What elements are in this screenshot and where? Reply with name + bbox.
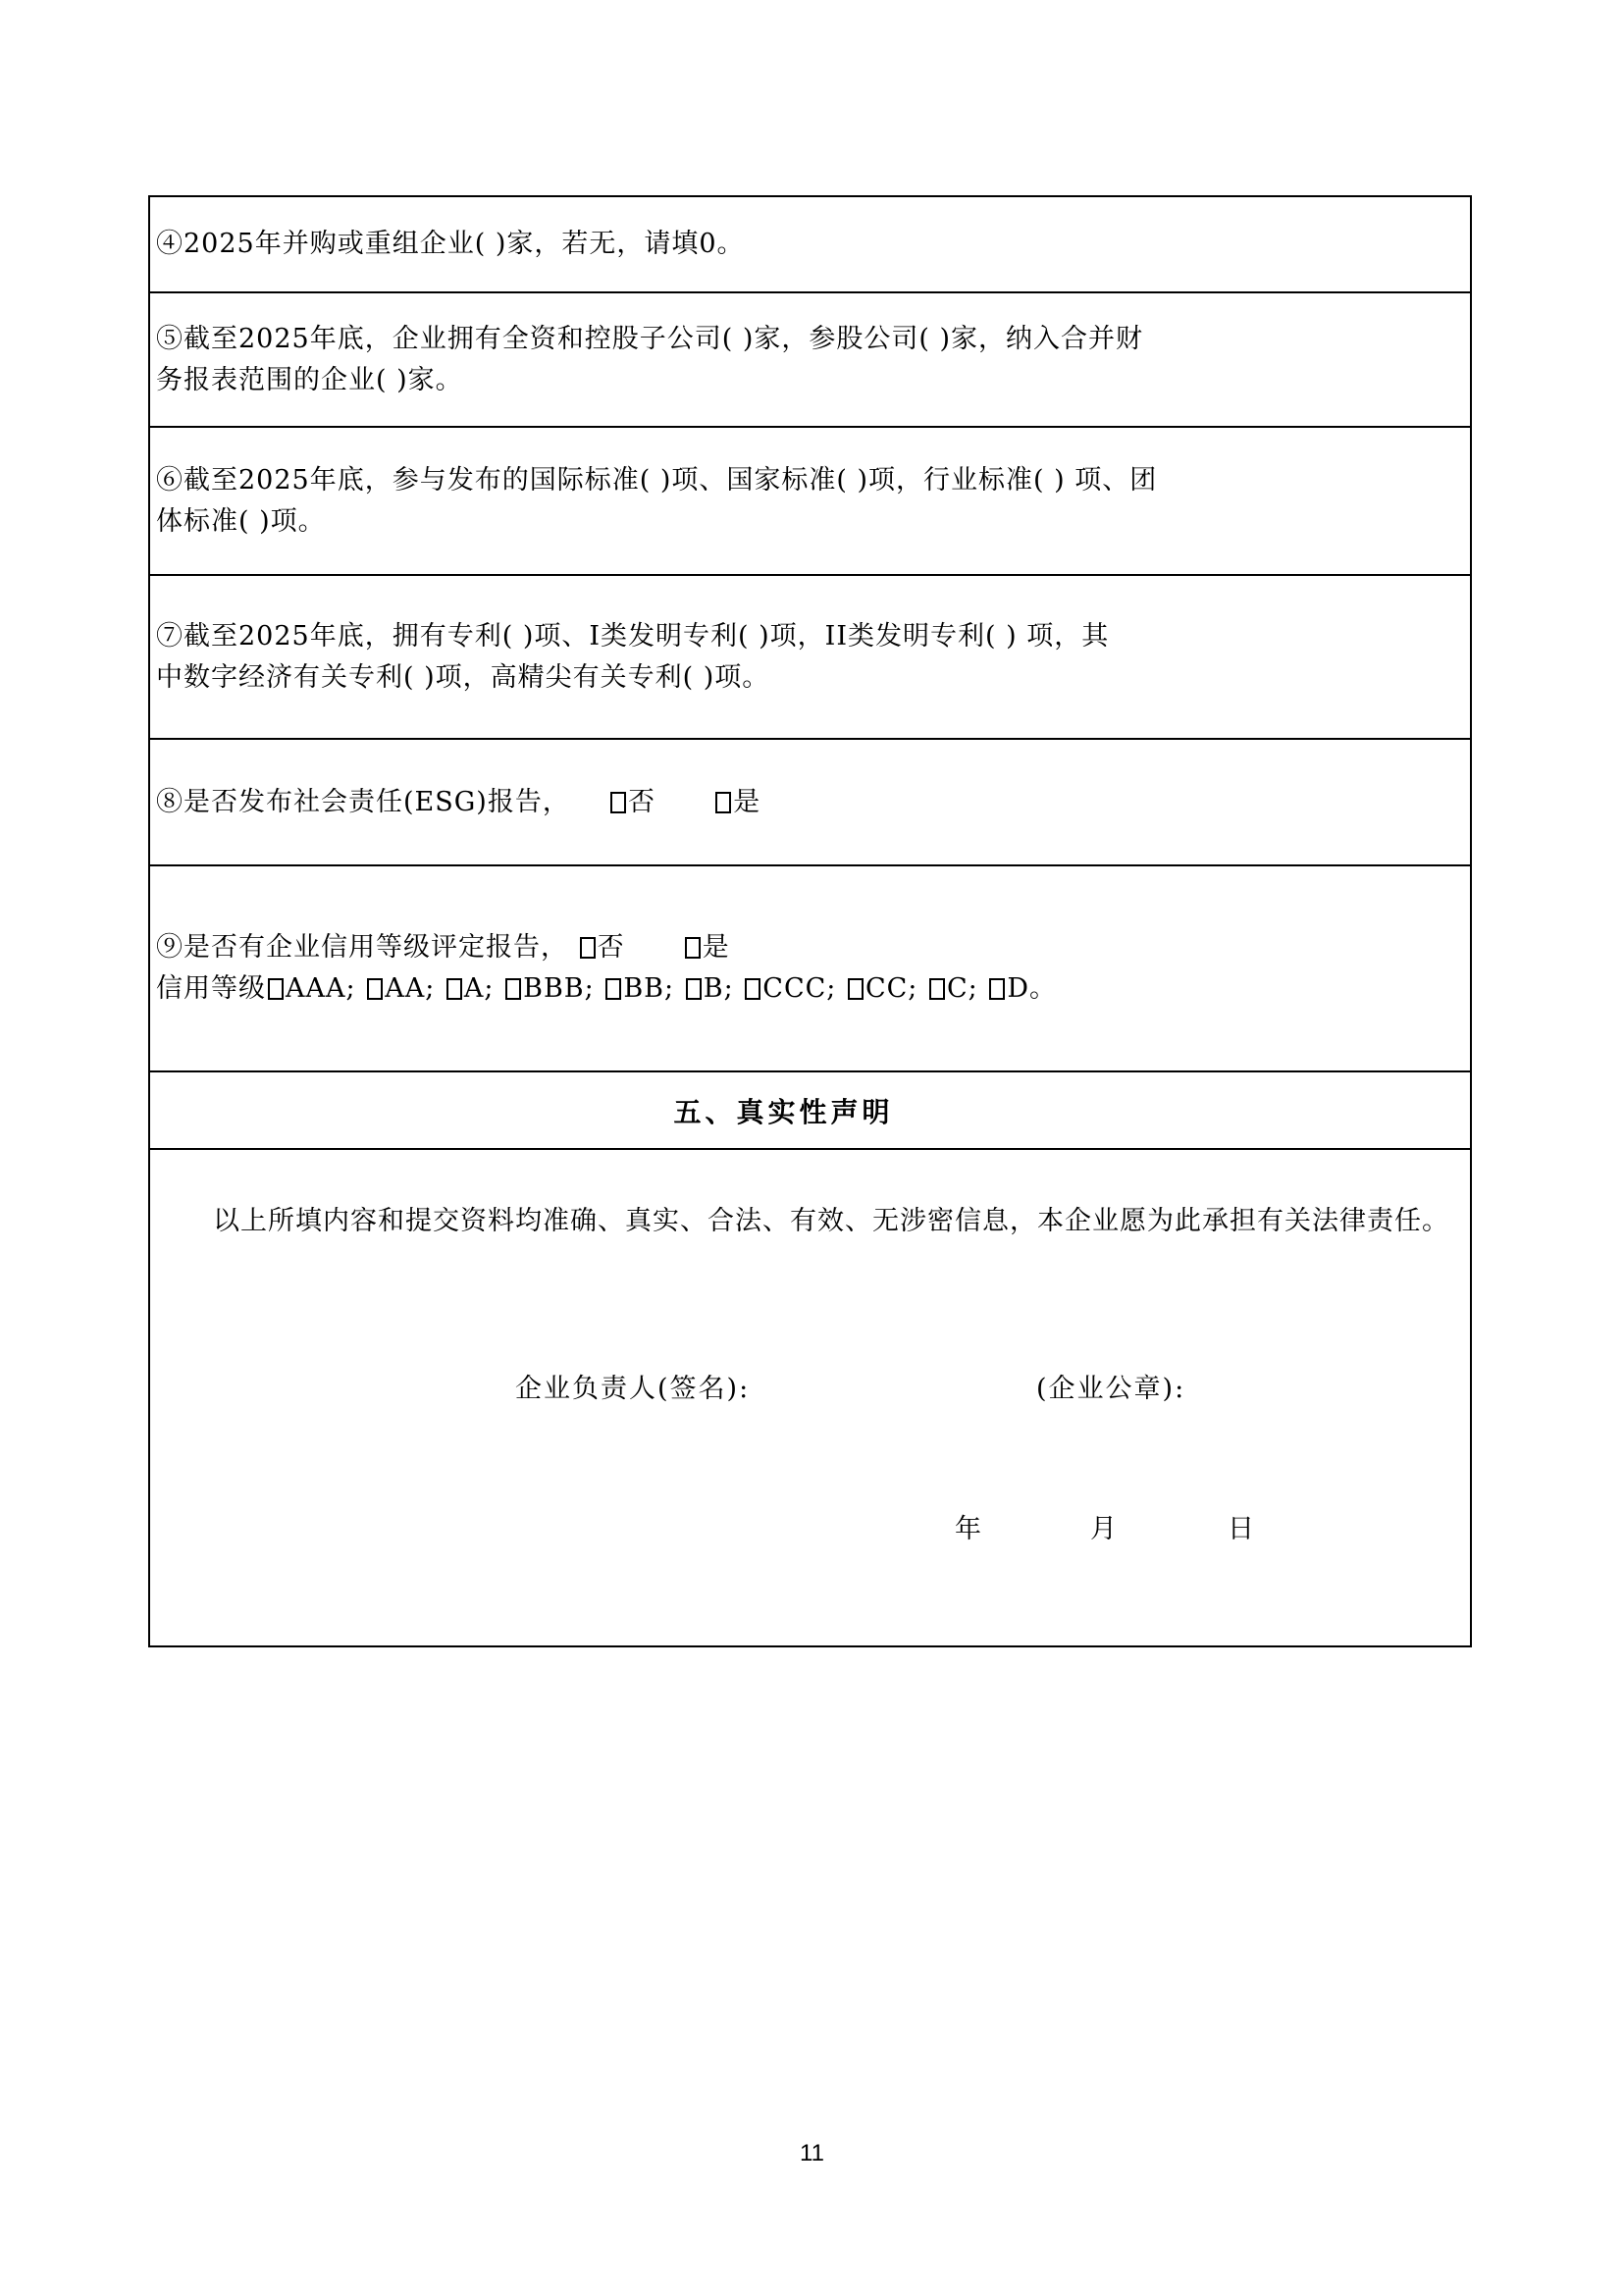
date-day-label: 日 — [1228, 1512, 1256, 1547]
document-page: ④2025年并购或重组企业( )家，若无，请填0。 ⑤截至2025年底，企业拥有… — [0, 0, 1624, 2295]
grade-aa-checkbox[interactable] — [367, 978, 383, 1000]
declaration-text: 以上所填内容和提交资料均准确、真实、合法、有效、无涉密信息，本企业愿为此承担有关… — [156, 1201, 1451, 1242]
grade-c-checkbox[interactable] — [929, 978, 945, 1000]
credit-yes-label: 是 — [703, 932, 730, 963]
declaration-heading-row: 五、真实性声明 — [150, 1072, 1470, 1150]
item-5-line-2: 务报表范围的企业( )家。 — [156, 360, 1464, 401]
credit-question: ⑨是否有企业信用等级评定报告， — [156, 932, 568, 963]
grade-bb-checkbox[interactable] — [605, 978, 621, 1000]
grade-separator: ; — [724, 973, 734, 1004]
esg-report-row: ⑧是否发布社会责任(ESG)报告， 否 是 — [150, 740, 1470, 866]
item-6-row: ⑥截至2025年底，参与发布的国际标准( )项、国家标准( )项，行业标准( )… — [150, 428, 1470, 576]
grade-aa-label: AA — [385, 973, 425, 1004]
grade-separator: ; — [908, 973, 917, 1004]
grade-bb-label: BB — [623, 973, 664, 1004]
credit-question-line: ⑨是否有企业信用等级评定报告， 否 是 — [156, 927, 1464, 968]
esg-question-line: ⑧是否发布社会责任(ESG)报告， 否 是 — [156, 782, 1464, 823]
credit-grade-label: 信用等级 — [156, 973, 266, 1004]
grade-cc-checkbox[interactable] — [848, 978, 864, 1000]
grade-separator: ; — [425, 973, 435, 1004]
declaration-body-row: 以上所填内容和提交资料均准确、真实、合法、有效、无涉密信息，本企业愿为此承担有关… — [150, 1150, 1470, 1645]
grade-aaa-checkbox[interactable] — [268, 978, 284, 1000]
item-6-line-2: 体标准( )项。 — [156, 501, 1464, 543]
esg-question: ⑧是否发布社会责任(ESG)报告， — [156, 787, 570, 817]
grade-a-checkbox[interactable] — [446, 978, 462, 1000]
grade-cc-label: CC — [865, 973, 908, 1004]
grade-bbb-checkbox[interactable] — [505, 978, 521, 1000]
item-7-row: ⑦截至2025年底，拥有专利( )项、I类发明专利( )项，II类发明专利( )… — [150, 576, 1470, 740]
item-4-line-1: ④2025年并购或重组企业( )家，若无，请填0。 — [156, 224, 1464, 265]
grade-separator: ; — [969, 973, 978, 1004]
grade-aaa-label: AAA — [286, 973, 346, 1004]
credit-grade-line: 信用等级AAA; AA; A; BBB; BB; B; CCC; CC; C; … — [156, 968, 1464, 1010]
signature-field-label[interactable]: 企业负责人(签名): — [515, 1372, 750, 1407]
item-5-line-1: ⑤截至2025年底，企业拥有全资和控股子公司( )家，参股公司( )家，纳入合并… — [156, 319, 1464, 360]
grade-separator: ; — [346, 973, 356, 1004]
item-7-line-2: 中数字经济有关专利( )项，高精尖有关专利( )项。 — [156, 657, 1464, 699]
grade-terminator: 。 — [1029, 973, 1057, 1004]
grade-b-label: B — [704, 973, 724, 1004]
esg-no-label: 否 — [628, 787, 655, 817]
esg-no-checkbox[interactable] — [610, 792, 626, 813]
grade-separator: ; — [664, 973, 674, 1004]
form-table: ④2025年并购或重组企业( )家，若无，请填0。 ⑤截至2025年底，企业拥有… — [148, 195, 1472, 1647]
page-number: 11 — [0, 2139, 1624, 2168]
date-year-label: 年 — [955, 1512, 983, 1547]
grade-ccc-label: CCC — [762, 973, 826, 1004]
grade-b-checkbox[interactable] — [686, 978, 702, 1000]
grade-separator: ; — [484, 973, 494, 1004]
credit-no-label: 否 — [598, 932, 625, 963]
grade-d-label: D — [1007, 973, 1029, 1004]
credit-yes-checkbox[interactable] — [685, 937, 701, 959]
esg-yes-checkbox[interactable] — [715, 792, 731, 813]
item-4-row: ④2025年并购或重组企业( )家，若无，请填0。 — [150, 197, 1470, 293]
grade-bbb-label: BBB — [523, 973, 585, 1004]
credit-no-checkbox[interactable] — [580, 937, 596, 959]
grade-separator: ; — [826, 973, 836, 1004]
item-7-line-1: ⑦截至2025年底，拥有专利( )项、I类发明专利( )项，II类发明专利( )… — [156, 616, 1464, 657]
grade-c-label: C — [947, 973, 969, 1004]
esg-yes-label: 是 — [733, 787, 760, 817]
item-5-row: ⑤截至2025年底，企业拥有全资和控股子公司( )家，参股公司( )家，纳入合并… — [150, 293, 1470, 428]
company-seal-label[interactable]: (企业公章): — [1036, 1372, 1185, 1407]
grade-separator: ; — [585, 973, 595, 1004]
grade-d-checkbox[interactable] — [989, 978, 1005, 1000]
declaration-heading: 五、真实性声明 — [673, 1091, 893, 1130]
credit-rating-row: ⑨是否有企业信用等级评定报告， 否 是 信用等级AAA; AA; A; BBB;… — [150, 866, 1470, 1072]
item-6-line-1: ⑥截至2025年底，参与发布的国际标准( )项、国家标准( )项，行业标准( )… — [156, 460, 1464, 501]
grade-ccc-checkbox[interactable] — [745, 978, 760, 1000]
grade-a-label: A — [464, 973, 485, 1004]
date-month-label: 月 — [1090, 1512, 1119, 1547]
